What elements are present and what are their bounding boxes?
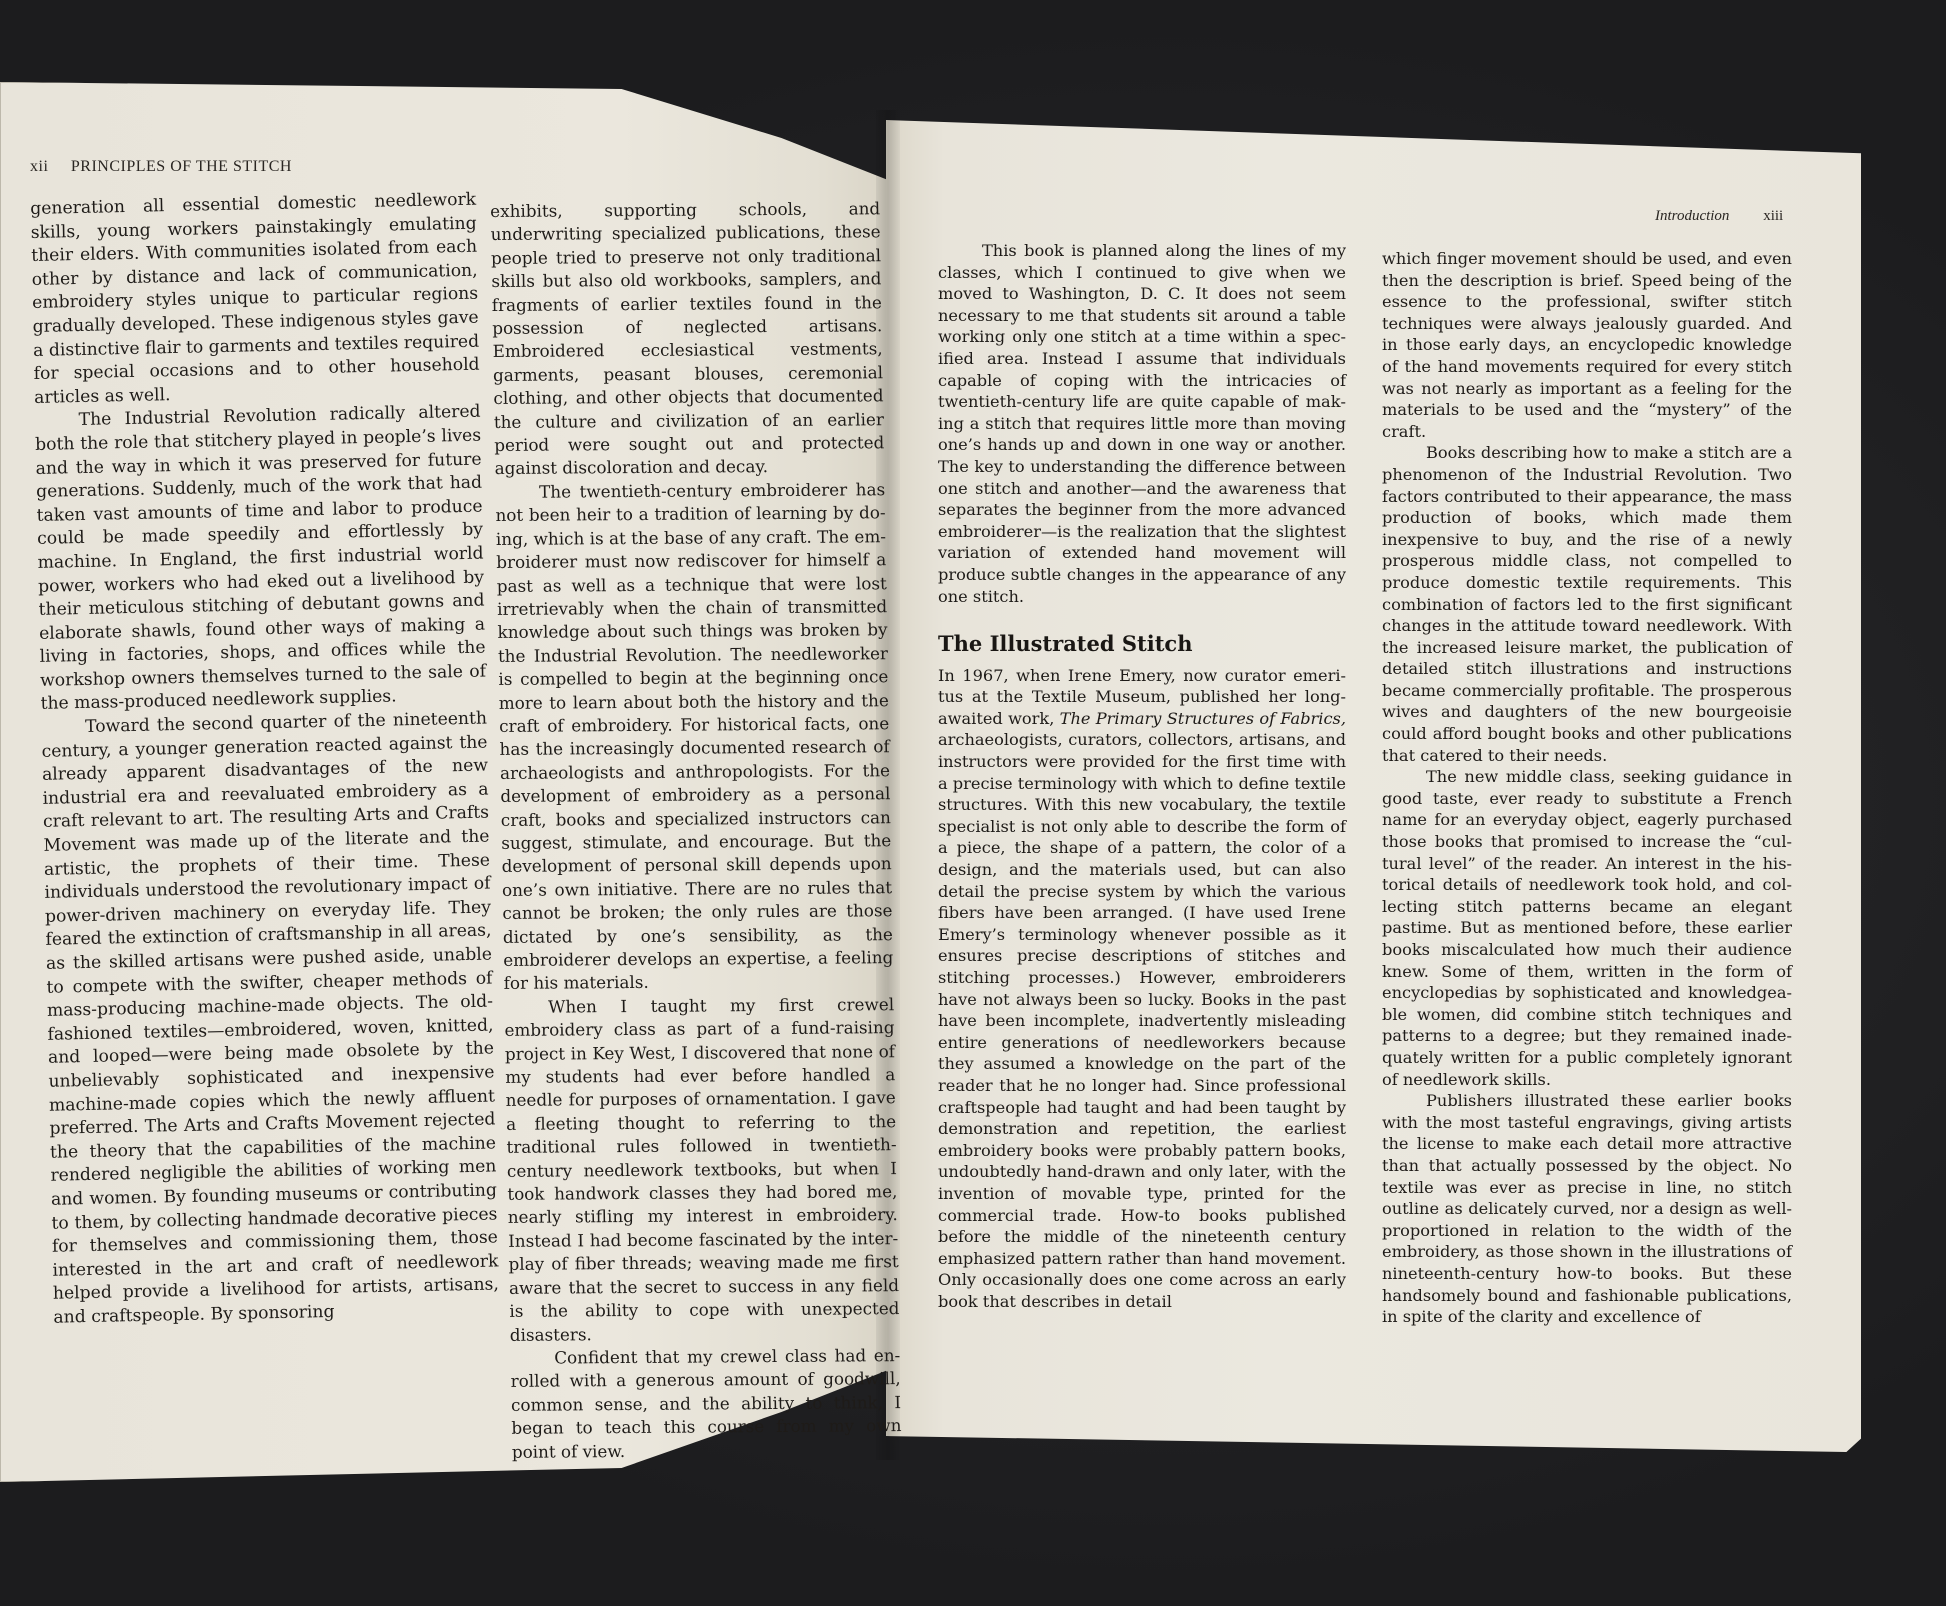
left-page-number: xii <box>30 158 48 175</box>
right-section-title: Introduction <box>1655 208 1729 224</box>
right-page-number: xiii <box>1763 208 1783 224</box>
paragraph: Books describing how to make a stitch ar… <box>1382 442 1792 766</box>
paragraph: When I taught my first crewel embroidery… <box>504 993 900 1347</box>
paragraph: The new middle class, seeking guidance i… <box>1382 766 1792 1090</box>
paragraph: generation all essential domestic needle… <box>30 189 480 411</box>
paragraph: The Industrial Revolution radically alte… <box>34 401 486 717</box>
paragraph-text: ar­chaeologists, curators, collectors, a… <box>938 730 1346 1310</box>
book-title-italic: The Primary Structures of Fabrics, <box>1060 709 1346 728</box>
paragraph: Toward the second quarter of the nine­te… <box>41 708 500 1331</box>
paragraph: In 1967, when Irene Emery, now curator e… <box>938 665 1346 1313</box>
paragraph: exhibits, supporting schools, and underw… <box>490 197 885 481</box>
right-page-column-1: This book is planned along the lines of … <box>938 240 1346 1313</box>
section-heading: The Illustrated Stitch <box>938 633 1346 655</box>
left-page-column-2: exhibits, supporting schools, and underw… <box>490 197 902 1463</box>
paragraph: This book is planned along the lines of … <box>938 240 1346 607</box>
paragraph: Confident that my crewel class had en­ro… <box>510 1344 902 1464</box>
right-page-column-2: which finger movement should be used, an… <box>1382 248 1792 1328</box>
paragraph: which finger movement should be used, an… <box>1382 248 1792 442</box>
paragraph: The twentieth-century embroiderer has no… <box>495 478 894 996</box>
left-book-title: PRINCIPLES OF THE STITCH <box>71 158 292 175</box>
left-running-head: xii PRINCIPLES OF THE STITCH <box>30 158 292 176</box>
right-running-head: Introduction xiii <box>1655 208 1783 225</box>
left-page-column-1: generation all essential domestic needle… <box>30 189 500 1331</box>
paragraph: Publishers illustrated these earlier boo… <box>1382 1090 1792 1328</box>
